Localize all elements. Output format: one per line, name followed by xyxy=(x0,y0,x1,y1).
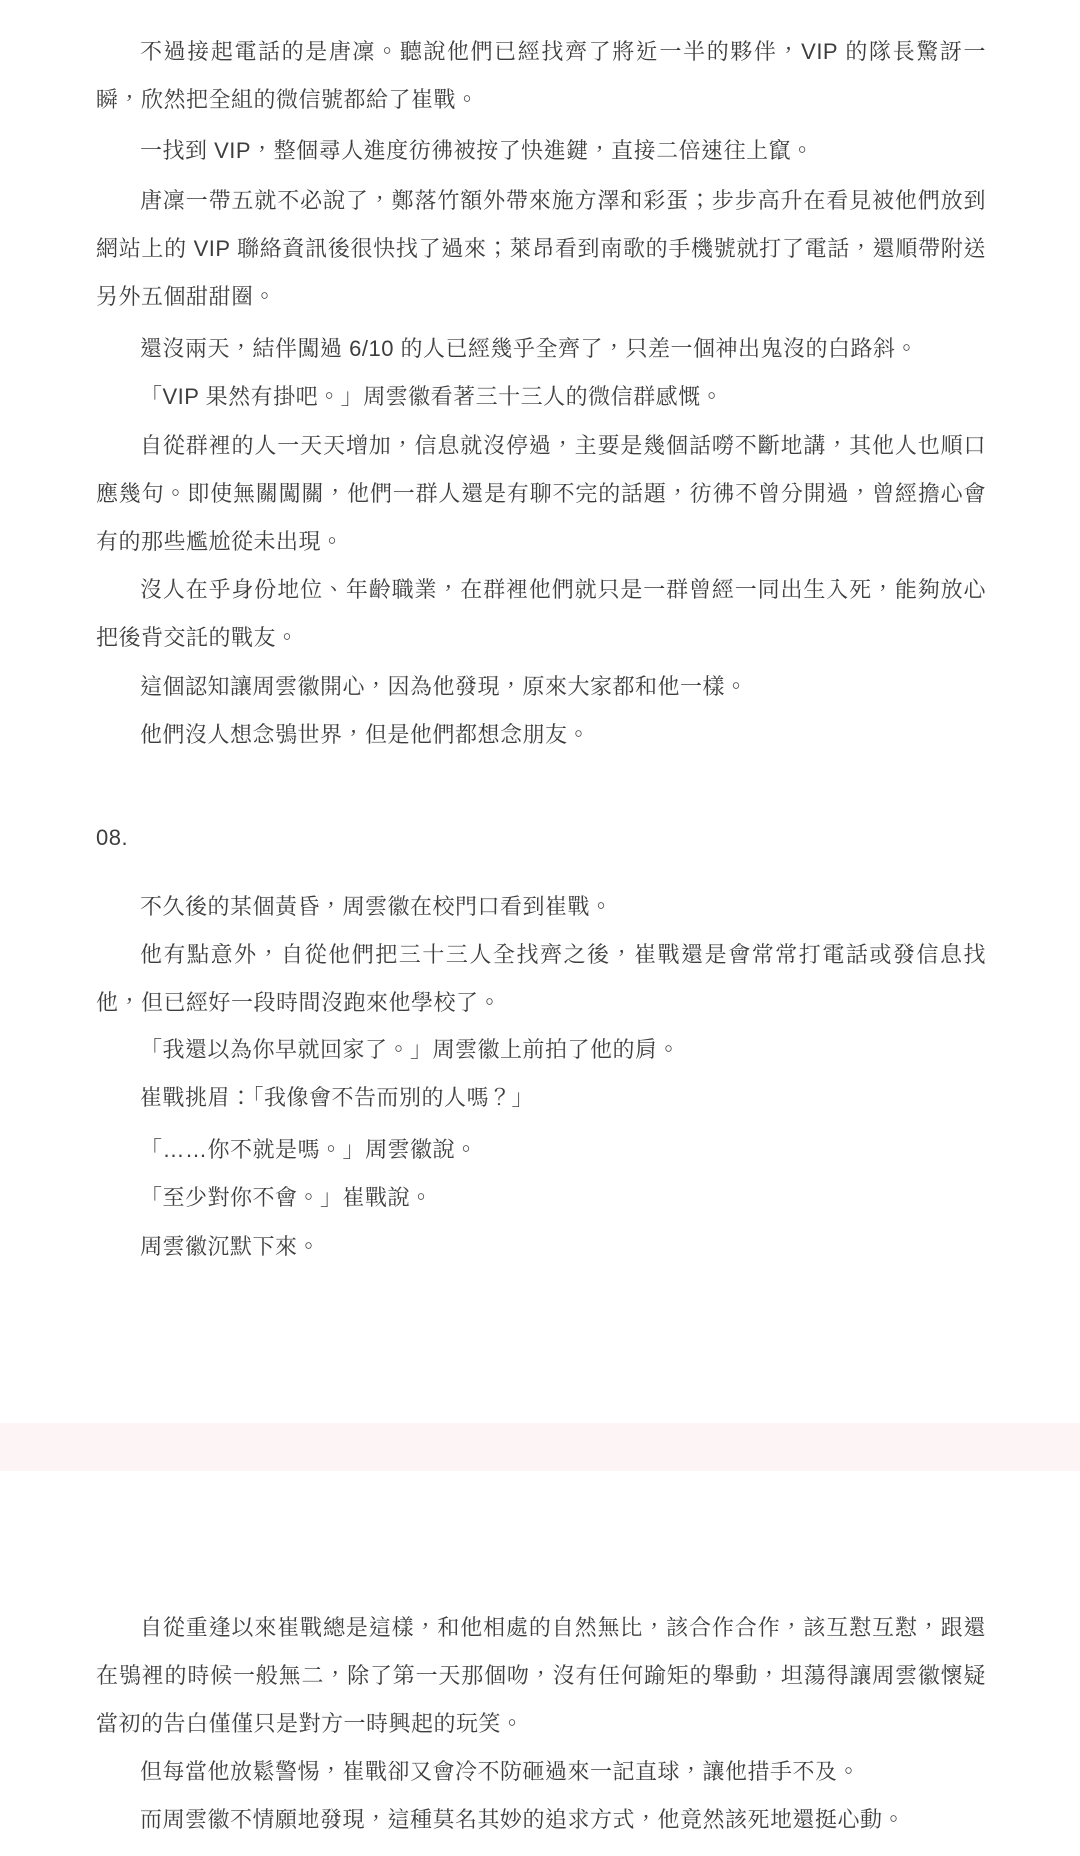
paragraph: 自從重逢以來崔戰總是這樣，和他相處的自然無比，該合作合作，該互懟互懟，跟還在鴞裡… xyxy=(96,1604,986,1748)
paragraph: 這個認知讓周雲徽開心，因為他發現，原來大家都和他一樣。 xyxy=(96,663,986,711)
paragraph-dialogue: 「至少對你不會。」崔戰說。 xyxy=(96,1174,986,1222)
novel-reading-page: 不過接起電話的是唐凜。聽說他們已經找齊了將近一半的夥伴，VIP 的隊長驚訝一瞬，… xyxy=(0,0,1080,1856)
paragraph-dialogue: 「……你不就是嗎。」周雲徽說。 xyxy=(96,1126,986,1174)
section-number-heading: 08. xyxy=(96,814,986,862)
paragraph: 不久後的某個黃昏，周雲徽在校門口看到崔戰。 xyxy=(96,883,986,931)
paragraph: 他有點意外，自從他們把三十三人全找齊之後，崔戰還是會常常打電話或發信息找他，但已… xyxy=(96,931,986,1027)
paragraph: 自從群裡的人一天天增加，信息就沒停過，主要是幾個話嘮不斷地講，其他人也順口應幾句… xyxy=(96,422,986,566)
paragraph: 唐凜一帶五就不必說了，鄭落竹額外帶來施方澤和彩蛋；步步高升在看見被他們放到網站上… xyxy=(96,177,986,321)
paragraph: 周雲徽沉默下來。 xyxy=(96,1223,986,1271)
paragraph: 還沒兩天，結伴闖過 6/10 的人已經幾乎全齊了，只差一個神出鬼沒的白路斜。 xyxy=(96,325,986,373)
paragraph-dialogue: 崔戰挑眉：「我像會不告而別的人嗎？」 xyxy=(96,1074,986,1122)
paragraph: 但每當他放鬆警惕，崔戰卻又會冷不防砸過來一記直球，讓他措手不及。 xyxy=(96,1748,986,1796)
page-break-band xyxy=(0,1423,1080,1471)
paragraph: 而周雲徽不情願地發現，這種莫名其妙的追求方式，他竟然該死地還挺心動。 xyxy=(96,1796,986,1844)
paragraph: 他們沒人想念鴞世界，但是他們都想念朋友。 xyxy=(96,711,986,759)
paragraph: 不過接起電話的是唐凜。聽說他們已經找齊了將近一半的夥伴，VIP 的隊長驚訝一瞬，… xyxy=(96,28,986,124)
paragraph-dialogue: 「VIP 果然有掛吧。」周雲徽看著三十三人的微信群感慨。 xyxy=(96,373,986,421)
paragraph: 沒人在乎身份地位、年齡職業，在群裡他們就只是一群曾經一同出生入死，能夠放心把後背… xyxy=(96,566,986,662)
paragraph: 一找到 VIP，整個尋人進度彷彿被按了快進鍵，直接二倍速往上竄。 xyxy=(96,127,986,175)
paragraph-dialogue: 「我還以為你早就回家了。」周雲徽上前拍了他的肩。 xyxy=(96,1026,986,1074)
